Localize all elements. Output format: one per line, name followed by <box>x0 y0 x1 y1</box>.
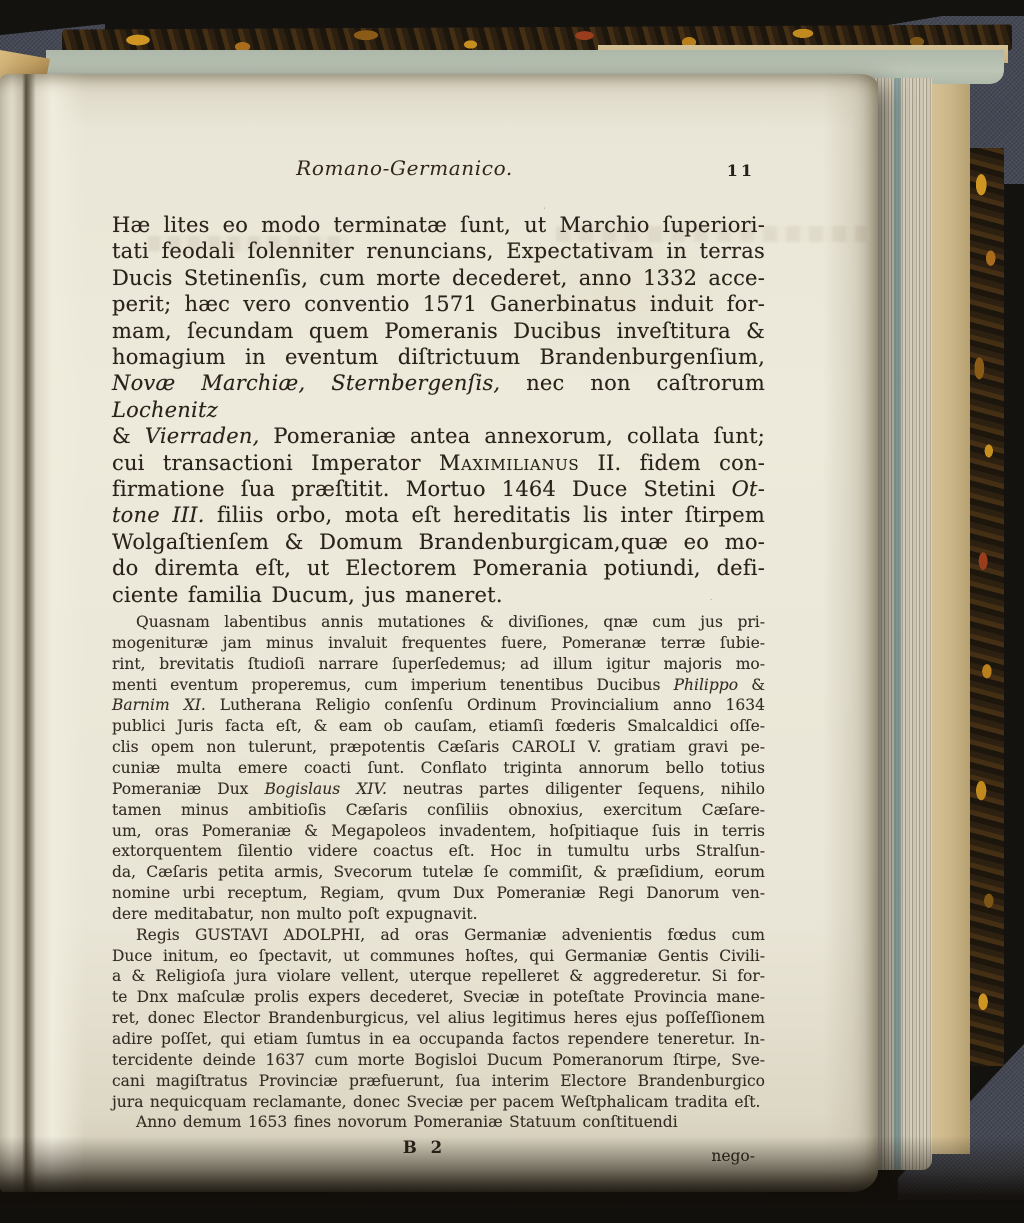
text-line: tone III. filiis orbo, mota eſt heredita… <box>112 502 765 528</box>
text-line: mogenituræ jam minus invaluit frequentes… <box>112 633 765 654</box>
text-segment: & <box>738 676 765 694</box>
text-line: & Vierraden, Pomeraniæ antea annexorum, … <box>112 423 765 449</box>
text-line: Wolgaſtienſem & Domum Brandenburgicam,qu… <box>112 529 765 555</box>
text-segment: Philippo <box>674 676 738 694</box>
text-line: firmatione ſua præſtitit. Mortuo 1464 Du… <box>112 476 765 502</box>
text-segment: ciente familia Ducum, jus maneret. <box>112 583 503 607</box>
text-line: homagium in eventum diſtrictuum Brandenb… <box>112 344 765 370</box>
text-segment: neutras partes diligenter ſequens, nihil… <box>387 780 765 798</box>
text-segment: Pomeraniæ antea annexorum, collata ſunt; <box>259 424 765 448</box>
text-line: rint, brevitatis ſtudioſi narrare ſuperſ… <box>112 654 765 675</box>
text-line: cuniæ multa emere coacti ſunt. Conflato … <box>112 758 765 779</box>
text-segment: Pomeraniæ Dux <box>112 780 265 798</box>
text-line: perit; hæc vero conventio 1571 Ganerbina… <box>112 291 765 317</box>
photographed-book-scene: Romano-Germanico. 11 Hæ lites eo modo te… <box>0 0 1024 1223</box>
text-segment: Quasnam labentibus annis mutationes & di… <box>136 613 765 631</box>
text-segment: II. fidem con- <box>579 451 765 475</box>
text-segment: dere meditabatur, non multo poſt expugna… <box>112 905 478 923</box>
text-line: jura nequicquam reclamante, donec Sveciæ… <box>112 1092 765 1113</box>
text-line: Hæ lites eo modo terminatæ ſunt, ut Marc… <box>112 212 765 238</box>
text-line: um, oras Pomeraniæ & Megapoleos invadent… <box>112 821 765 842</box>
text-line: Anno demum 1653 fines novorum Pomeraniæ … <box>112 1112 765 1133</box>
paragraph: Anno demum 1653 fines novorum Pomeraniæ … <box>112 1112 765 1133</box>
text-segment: nomine urbi receptum, Regiam, qvum Dux P… <box>112 884 765 902</box>
text-segment: jura nequicquam reclamante, donec Sveciæ… <box>112 1093 760 1111</box>
text-segment: Regis GUSTAVI ADOLPHI, ad oras Germaniæ … <box>136 926 765 944</box>
bottom-page-shadow <box>0 1136 1024 1223</box>
text-segment: tati feodali ſolenniter renuncians, Expe… <box>112 239 765 263</box>
text-line: adire poſſet, qui etiam ſumtus in ea occ… <box>112 1029 765 1050</box>
text-line: cui transactioni Imperator Maximilianus … <box>112 450 765 476</box>
text-line: a & Religioſa jura violare vellent, uter… <box>112 966 765 987</box>
paragraph: Hæ lites eo modo terminatæ ſunt, ut Marc… <box>112 212 765 608</box>
text-line: Quasnam labentibus annis mutationes & di… <box>112 612 765 633</box>
text-segment: Barnim XI. <box>112 696 206 714</box>
text-segment: adire poſſet, qui etiam ſumtus in ea occ… <box>112 1030 765 1048</box>
text-line: Regis GUSTAVI ADOLPHI, ad oras Germaniæ … <box>112 925 765 946</box>
text-segment: Anno demum 1653 fines novorum Pomeraniæ … <box>136 1113 678 1131</box>
text-line: do diremta eſt, ut Electorem Pomerania p… <box>112 555 765 581</box>
running-title: Romano-Germanico. <box>78 156 731 180</box>
text-segment: do diremta eſt, ut Electorem Pomerania p… <box>112 556 765 580</box>
text-segment: Wolgaſtienſem & Domum Brandenburgicam,qu… <box>112 530 765 554</box>
marbled-cover-edge-right <box>966 148 1004 1066</box>
text-segment: um, oras Pomeraniæ & Megapoleos invadent… <box>112 822 765 840</box>
text-segment: Maximilianus <box>439 451 579 475</box>
text-line: Pomeraniæ Dux Bogislaus XIV. neutras par… <box>112 779 765 800</box>
text-line: Duce initum, eo ſpectavit, ut communes h… <box>112 946 765 967</box>
text-segment: tamen minus ambitioſis Cæſaris conſiliis… <box>112 801 765 819</box>
text-segment: perit; hæc vero conventio 1571 Ganerbina… <box>112 292 765 316</box>
text-segment: a & Religioſa jura violare vellent, uter… <box>112 967 765 985</box>
text-segment: te Dnx maſculæ prolis expers decederet, … <box>112 988 765 1006</box>
text-line: nomine urbi receptum, Regiam, qvum Dux P… <box>112 883 765 904</box>
text-segment: ret, donec Elector Brandenburgicus, vel … <box>112 1009 765 1027</box>
text-segment: cani magiſtratus Provinciæ præfuerunt, ſ… <box>112 1072 765 1090</box>
text-line: te Dnx maſculæ prolis expers decederet, … <box>112 987 765 1008</box>
text-line: publici Juris facta eſt, & eam ob cauſam… <box>112 716 765 737</box>
text-segment: Ducis Stetinenſis, cum morte decederet, … <box>112 266 765 290</box>
text-segment: tone III. <box>112 503 205 527</box>
text-line: clis opem non tulerunt, præpotentis Cæſa… <box>112 737 765 758</box>
text-line: tati feodali ſolenniter renuncians, Expe… <box>112 238 765 264</box>
text-segment: mam, ſecundam quem Pomeranis Ducibus inv… <box>112 319 765 343</box>
text-segment: Lutherana Religio conſenſu Ordinum Provi… <box>206 696 765 714</box>
text-line: cani magiſtratus Provinciæ præfuerunt, ſ… <box>112 1071 765 1092</box>
text-segment: firmatione ſua præſtitit. Mortuo 1464 Du… <box>112 477 732 501</box>
text-segment: Vierraden, <box>145 424 260 448</box>
text-line: ret, donec Elector Brandenburgicus, vel … <box>112 1008 765 1029</box>
page-number: 11 <box>727 161 755 180</box>
text-line: Ducis Stetinenſis, cum morte decederet, … <box>112 265 765 291</box>
text-segment: & <box>112 424 145 448</box>
text-segment: cuniæ multa emere coacti ſunt. Conflato … <box>112 759 765 777</box>
text-line: mam, ſecundam quem Pomeranis Ducibus inv… <box>112 318 765 344</box>
text-segment: cui transactioni Imperator <box>112 451 439 475</box>
endpaper-pastedown-right <box>926 52 970 1154</box>
text-segment: Bogislaus XIV. <box>265 780 387 798</box>
text-segment: clis opem non tulerunt, præpotentis Cæſa… <box>112 738 765 756</box>
text-segment: da, Cæſaris petita armis, Svecorum tutel… <box>112 863 765 881</box>
text-line: tamen minus ambitioſis Cæſaris conſiliis… <box>112 800 765 821</box>
page-text-block: Romano-Germanico. 11 Hæ lites eo modo te… <box>112 156 765 1170</box>
text-line: menti eventum properemus, cum imperium t… <box>112 675 765 696</box>
text-segment: nec non caſtrorum <box>500 371 765 395</box>
text-segment: extorquentem ſilentio videre coactus eſt… <box>112 842 765 860</box>
body-paragraphs: Hæ lites eo modo terminatæ ſunt, ut Marc… <box>112 212 765 1133</box>
text-segment: Hæ lites eo modo terminatæ ſunt, ut Marc… <box>112 213 765 237</box>
text-segment: rint, brevitatis ſtudioſi narrare ſuperſ… <box>112 655 765 673</box>
text-segment: menti eventum properemus, cum imperium t… <box>112 676 674 694</box>
text-line: ciente familia Ducum, jus maneret. <box>112 582 765 608</box>
text-line: Novæ Marchiæ, Sternbergenſis, nec non ca… <box>112 370 765 423</box>
text-segment: Novæ Marchiæ, Sternbergenſis, <box>112 371 500 395</box>
text-line: extorquentem ſilentio videre coactus eſt… <box>112 841 765 862</box>
text-segment: Duce initum, eo ſpectavit, ut communes h… <box>112 947 765 965</box>
text-segment: Ot- <box>732 477 765 501</box>
paragraph: Regis GUSTAVI ADOLPHI, ad oras Germaniæ … <box>112 925 765 1113</box>
text-segment: filiis orbo, mota eſt hereditatis lis in… <box>205 503 765 527</box>
text-segment: mogenituræ jam minus invaluit frequentes… <box>112 634 765 652</box>
text-line: Barnim XI. Lutherana Religio conſenſu Or… <box>112 695 765 716</box>
text-line: tercidente deinde 1637 cum morte Bogislo… <box>112 1050 765 1071</box>
text-segment: tercidente deinde 1637 cum morte Bogislo… <box>112 1051 765 1069</box>
text-segment: homagium in eventum diſtrictuum Brandenb… <box>112 345 765 369</box>
running-head: Romano-Germanico. 11 <box>112 156 765 188</box>
text-line: da, Cæſaris petita armis, Svecorum tutel… <box>112 862 765 883</box>
text-line: dere meditabatur, non multo poſt expugna… <box>112 904 765 925</box>
paragraph: Quasnam labentibus annis mutationes & di… <box>112 612 765 925</box>
text-segment: Lochenitz <box>112 398 218 422</box>
text-segment: publici Juris facta eſt, & eam ob cauſam… <box>112 717 765 735</box>
